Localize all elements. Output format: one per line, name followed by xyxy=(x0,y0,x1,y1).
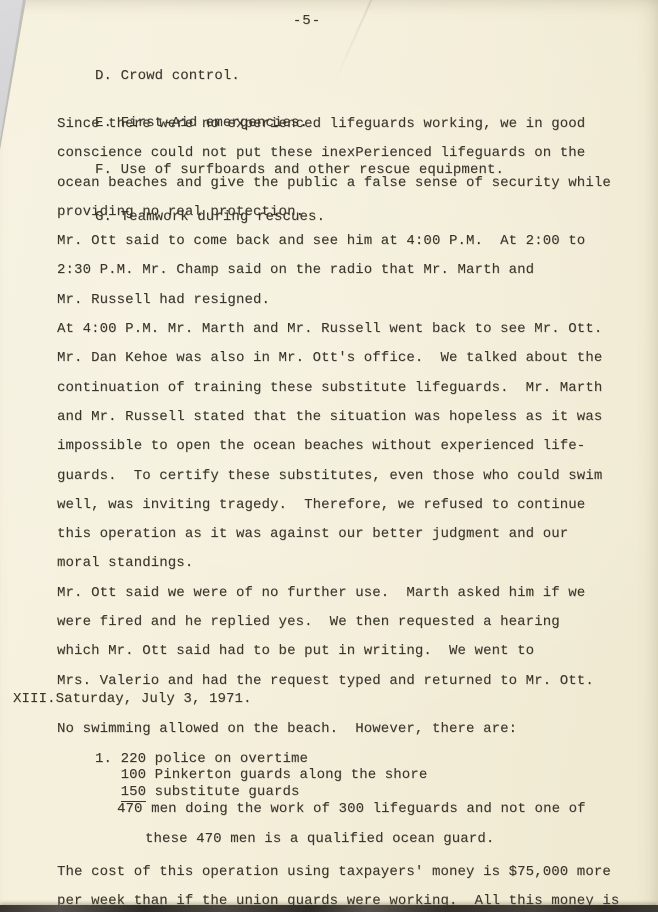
body-line: this operation as it was against our bet… xyxy=(57,520,611,549)
outline-item: D. Crowd control. xyxy=(95,69,504,85)
body-line: providing no real protection. xyxy=(57,198,611,227)
body-line: guards. To certify these substitutes, ev… xyxy=(57,462,611,491)
count-text: Pinkerton guards along the shore xyxy=(146,767,427,783)
count-number: 150 xyxy=(121,784,147,802)
body-line: conscience could not put these inexPerie… xyxy=(57,139,611,168)
count-prefix xyxy=(95,784,121,800)
document-page: -5- D. Crowd control. E. First-Aid emerg… xyxy=(0,0,658,912)
count-prefix xyxy=(95,767,121,783)
count-text: police on overtime xyxy=(146,751,308,767)
count-prefix: 1. xyxy=(95,751,121,767)
total-line: 470 men doing the work of 300 lifeguards… xyxy=(117,801,586,817)
body-line: were fired and he replied yes. We then r… xyxy=(57,608,611,637)
intro-line: No swimming allowed on the beach. Howeve… xyxy=(57,721,517,737)
count-text: substitute guards xyxy=(146,784,299,800)
body-line: impossible to open the ocean beaches wit… xyxy=(57,432,611,461)
count-number: 220 xyxy=(121,751,147,767)
count-list-item: 1. 220 police on overtime xyxy=(95,751,427,767)
body-line: Mr. Russell had resigned. xyxy=(57,286,611,315)
body-line: Since there were no experienced lifeguar… xyxy=(57,110,611,139)
body-line: At 4:00 P.M. Mr. Marth and Mr. Russell w… xyxy=(57,315,611,344)
body-line: 2:30 P.M. Mr. Champ said on the radio th… xyxy=(57,256,611,285)
total-continuation-line: these 470 men is a qualified ocean guard… xyxy=(145,831,494,847)
body-line: ocean beaches and give the public a fals… xyxy=(57,169,611,198)
body-line: Mr. Dan Kehoe was also in Mr. Ott's offi… xyxy=(57,344,611,373)
closing-line: The cost of this operation using taxpaye… xyxy=(57,858,619,887)
count-list-item: 150 substitute guards xyxy=(95,784,427,800)
count-list-item: 100 Pinkerton guards along the shore xyxy=(95,767,427,783)
count-list: 1. 220 police on overtime 100 Pinkerton … xyxy=(95,751,427,800)
outline-text: Crowd control. xyxy=(121,68,240,84)
closing-paragraph: The cost of this operation using taxpaye… xyxy=(57,858,619,912)
count-number: 100 xyxy=(121,767,147,783)
body-line: continuation of training these substitut… xyxy=(57,374,611,403)
body-line: moral standings. xyxy=(57,549,611,578)
body-line: well, was inviting tragedy. Therefore, w… xyxy=(57,491,611,520)
body-text: Since there were no experienced lifeguar… xyxy=(57,110,611,696)
body-line: and Mr. Russell stated that the situatio… xyxy=(57,403,611,432)
body-line: which Mr. Ott said had to be put in writ… xyxy=(57,637,611,666)
page-number: -5- xyxy=(0,13,614,29)
bottom-page-edge xyxy=(0,905,658,912)
outline-letter: D. xyxy=(95,68,112,84)
body-line: Mr. Ott said to come back and see him at… xyxy=(57,227,611,256)
section-heading: XIII.Saturday, July 3, 1971. xyxy=(13,691,252,707)
body-line: Mr. Ott said we were of no further use. … xyxy=(57,579,611,608)
